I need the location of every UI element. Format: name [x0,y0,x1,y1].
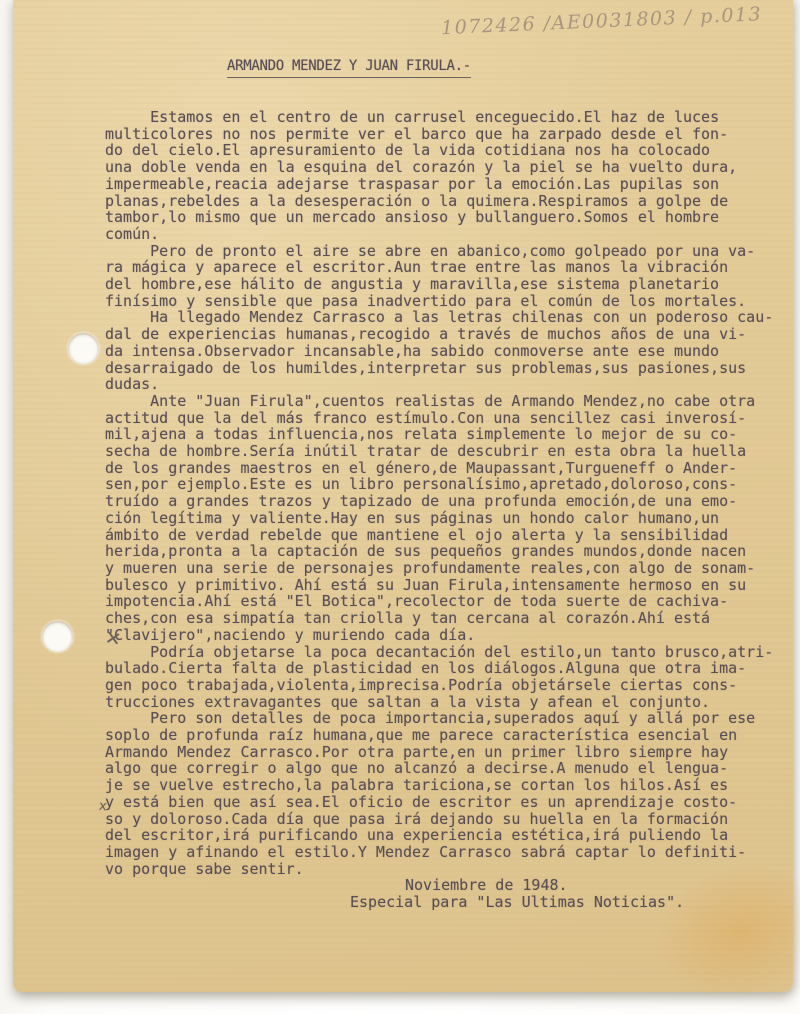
document-title: ARMANDO MENDEZ Y JUAN FIRULA.- [227,58,471,78]
paragraph-5: Podría objetarse la poca decantación del… [105,644,797,711]
paragraph-1: Estamos en el centro de un carrusel ence… [105,109,797,243]
paragraph-2: Pero de pronto el aire se abre en abanic… [105,243,797,310]
document-page: 1072426 /AE0031803 / p.013 ARMANDO MENDE… [13,0,793,992]
archival-reference-handwritten: 1072426 /AE0031803 / p.013 [441,3,772,39]
paragraph-6: Pero son detalles de poca importancia,su… [105,710,797,877]
punch-hole-top [68,333,99,364]
punch-hole-bottom [42,621,73,652]
credit-line: Especial para "Las Ultimas Noticias". [350,894,797,911]
document-body: Estamos en el centro de un carrusel ence… [105,109,797,911]
paragraph-4: Ante "Juan Firula",cuentos realistas de … [105,393,797,644]
margin-x-mark-small: x [98,799,107,815]
paragraph-3: Ha llegado Mendez Carrasco a las letras … [105,309,797,393]
scan-background: 1072426 /AE0031803 / p.013 ARMANDO MENDE… [0,0,800,1014]
date-line: Noviembre de 1948. [405,877,797,894]
